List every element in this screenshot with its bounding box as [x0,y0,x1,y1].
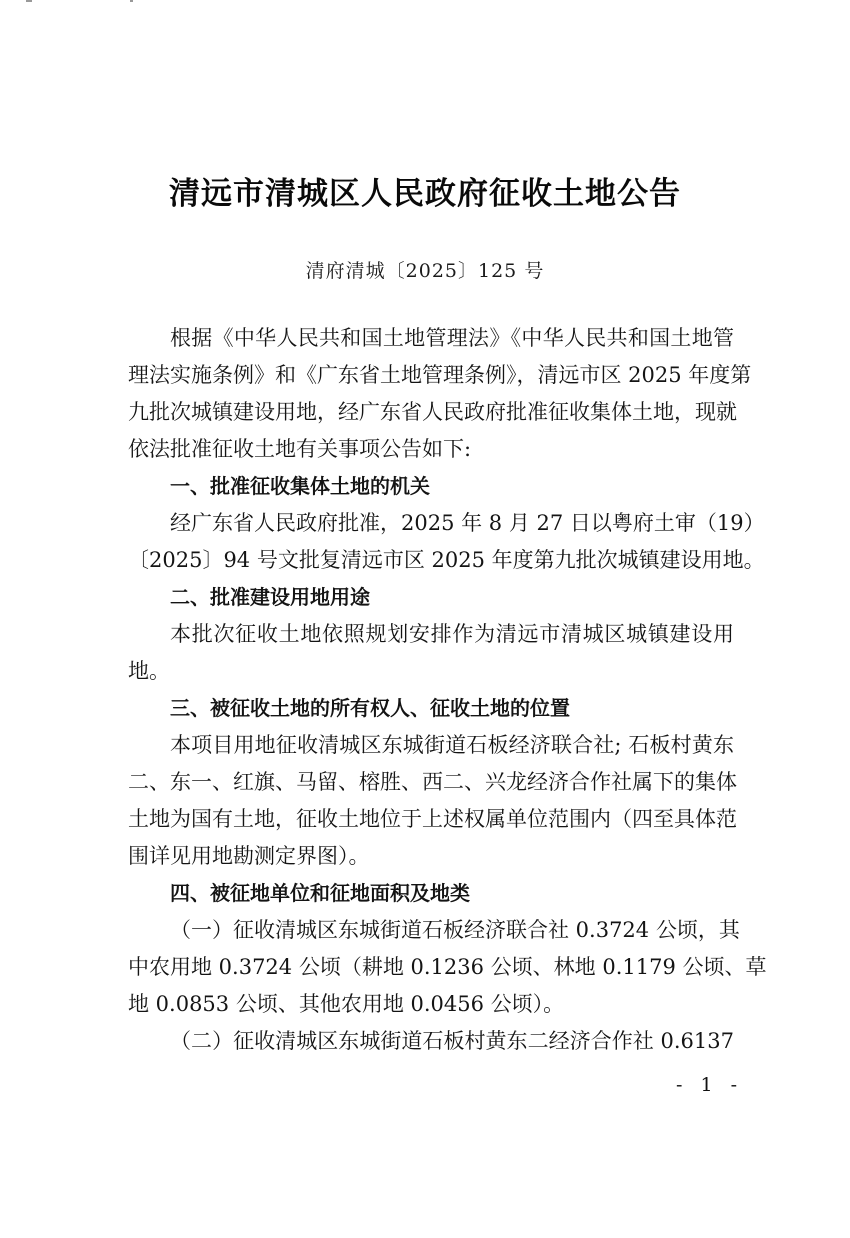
body-line: 〔2025〕94 号文批复清远市区 2025 年度第九批次城镇建设用地。 [128,542,734,579]
body-line: 地。 [128,653,734,690]
body-line: 地 0.0853 公顷、其他农用地 0.0456 公顷）。 [128,986,734,1023]
body-line: 经广东省人民政府批准，2025 年 8 月 27 日以粤府土审（19） [128,505,734,542]
section-heading: 三、被征收土地的所有权人、征收土地的位置 [128,690,734,727]
body-line: 围详见用地勘测定界图）。 [128,838,734,875]
body-line: （二）征收清城区东城街道石板村黄东二经济合作社 0.6137 [128,1023,734,1060]
body-line: 中农用地 0.3724 公顷（耕地 0.1236 公顷、林地 0.1179 公顷… [128,949,734,986]
document-number: 清府清城〔2025〕125 号 [0,256,850,283]
page-number: - 1 - [676,1074,743,1096]
document-page: 清远市清城区人民政府征收土地公告 清府清城〔2025〕125 号 根据《中华人民… [0,0,850,1238]
scan-artifact [26,0,32,2]
body-line: 根据《中华人民共和国土地管理法》《中华人民共和国土地管 [128,320,734,357]
page-title: 清远市清城区人民政府征收土地公告 [0,168,850,213]
section-heading: 一、批准征收集体土地的机关 [128,468,734,505]
section-heading: 四、被征地单位和征地面积及地类 [128,875,734,912]
body-line: 本项目用地征收清城区东城街道石板经济联合社; 石板村黄东 [128,727,734,764]
section-heading: 二、批准建设用地用途 [128,579,734,616]
body-line: 理法实施条例》和《广东省土地管理条例》，清远市区 2025 年度第 [128,357,734,394]
scan-artifact [130,0,133,2]
body-line: 九批次城镇建设用地，经广东省人民政府批准征收集体土地，现就 [128,394,734,431]
body-line: 二、东一、红旗、马留、榕胜、西二、兴龙经济合作社属下的集体 [128,764,734,801]
document-body: 根据《中华人民共和国土地管理法》《中华人民共和国土地管 理法实施条例》和《广东省… [128,320,734,1060]
body-line: 依法批准征收土地有关事项公告如下: [128,431,734,468]
body-line: 土地为国有土地，征收土地位于上述权属单位范围内（四至具体范 [128,801,734,838]
body-line: （一）征收清城区东城街道石板经济联合社 0.3724 公顷，其 [128,912,734,949]
body-line: 本批次征收土地依照规划安排作为清远市清城区城镇建设用 [128,616,734,653]
